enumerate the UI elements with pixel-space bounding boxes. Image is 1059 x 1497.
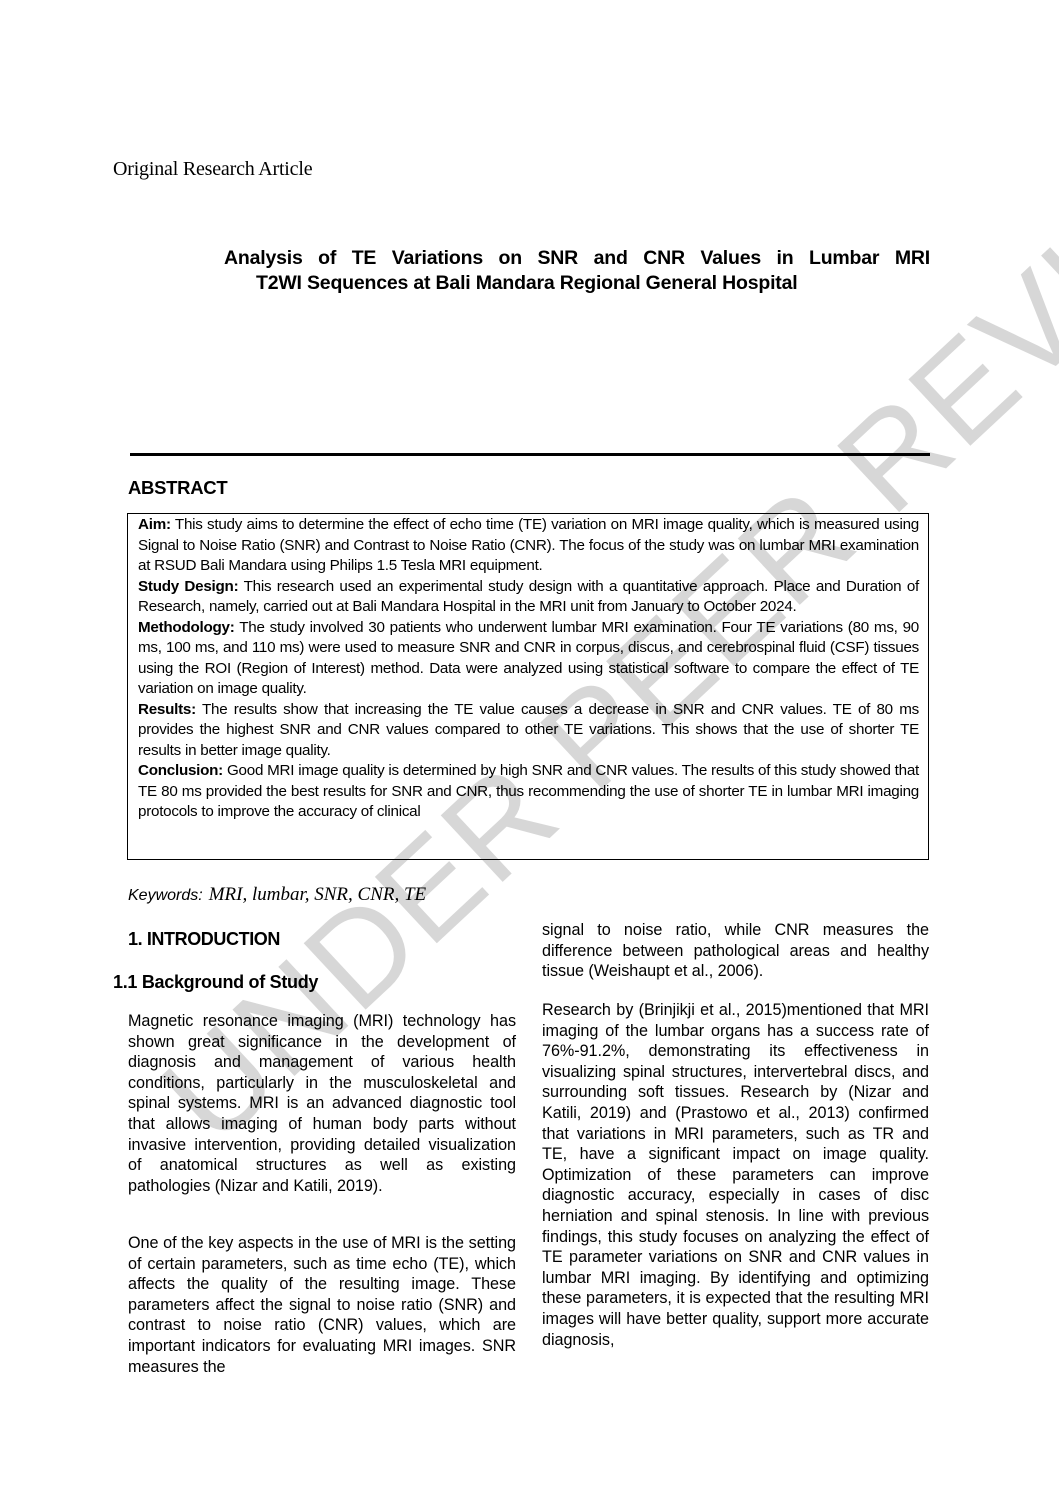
abstract-conclusion-label: Conclusion:	[138, 762, 223, 779]
abstract-conclusion-text: Good MRI image quality is determined by …	[138, 762, 919, 820]
body-paragraph: Research by (Brinjikji et al., 2015)ment…	[542, 1000, 929, 1350]
article-type-label: Original Research Article	[113, 158, 312, 181]
abstract-study-design-text: This research used an experimental study…	[138, 578, 919, 616]
abstract-study-design-label: Study Design:	[138, 578, 238, 595]
abstract-methodology-text: The study involved 30 patients who under…	[138, 619, 919, 698]
abstract-results-text: The results show that increasing the TE …	[138, 701, 919, 759]
abstract-aim-label: Aim:	[138, 516, 171, 533]
right-column-paragraph-2: Research by (Brinjikji et al., 2015)ment…	[542, 1000, 929, 1350]
keywords: Keywords:MRI, lumbar, SNR, CNR, TE	[128, 884, 426, 906]
subsection-heading-background: 1.1 Background of Study	[113, 972, 318, 993]
body-paragraph: One of the key aspects in the use of MRI…	[128, 1233, 516, 1377]
body-paragraph: Magnetic resonance imaging (MRI) technol…	[128, 1011, 516, 1196]
paper-title-line-1: Analysis of TE Variations on SNR and CNR…	[200, 246, 930, 271]
left-column-paragraph-1: Magnetic resonance imaging (MRI) technol…	[128, 1011, 516, 1196]
abstract-conclusion: Conclusion: Good MRI image quality is de…	[138, 761, 919, 823]
keywords-list: MRI, lumbar, SNR, CNR, TE	[209, 884, 426, 905]
keywords-label: Keywords:	[128, 887, 203, 904]
abstract-study-design: Study Design: This research used an expe…	[138, 577, 919, 618]
title-divider	[130, 453, 930, 456]
body-paragraph: signal to noise ratio, while CNR measure…	[542, 920, 929, 982]
section-heading-introduction: 1. INTRODUCTION	[128, 929, 280, 950]
abstract-aim-text: This study aims to determine the effect …	[138, 516, 919, 574]
abstract-box: Aim: This study aims to determine the ef…	[127, 513, 929, 860]
left-column-paragraph-2: One of the key aspects in the use of MRI…	[128, 1233, 516, 1377]
paper-title: Analysis of TE Variations on SNR and CNR…	[200, 246, 930, 296]
abstract-methodology-label: Methodology:	[138, 619, 235, 636]
abstract-results: Results: The results show that increasin…	[138, 700, 919, 762]
right-column-paragraph-1: signal to noise ratio, while CNR measure…	[542, 920, 929, 982]
abstract-results-label: Results:	[138, 701, 196, 718]
abstract-heading: ABSTRACT	[128, 477, 227, 499]
paper-title-line-2: T2WI Sequences at Bali Mandara Regional …	[200, 271, 930, 296]
abstract-aim: Aim: This study aims to determine the ef…	[138, 515, 919, 577]
abstract-methodology: Methodology: The study involved 30 patie…	[138, 618, 919, 700]
